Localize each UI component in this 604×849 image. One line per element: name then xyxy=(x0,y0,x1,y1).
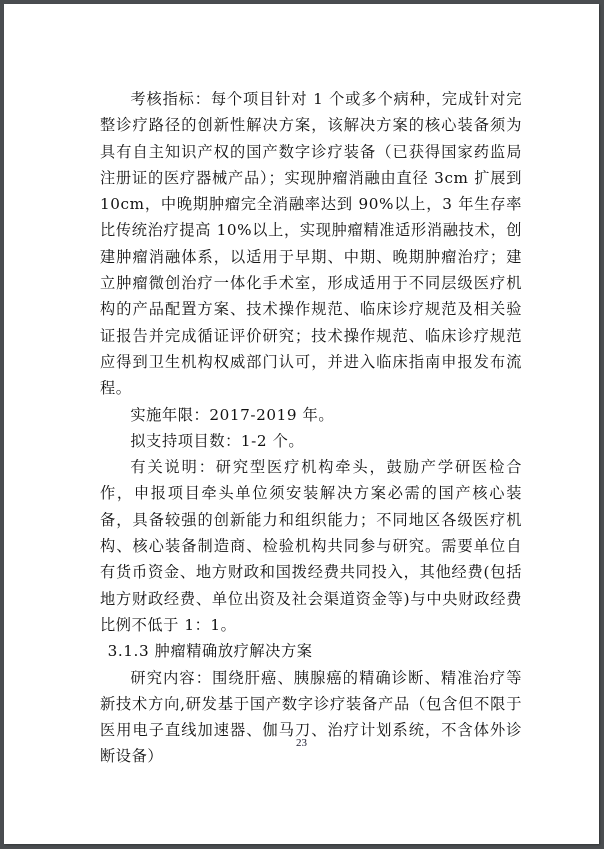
page-number: 23 xyxy=(4,737,599,749)
document-page: 考核指标：每个项目针对 1 个或多个病种，完成针对完整诊疗路径的创新性解决方案，… xyxy=(4,4,599,844)
paragraph-project-count: 拟支持项目数：1-2 个。 xyxy=(100,428,522,454)
paragraph-notes: 有关说明：研究型医疗机构牵头，鼓励产学研医检合作，申报项目牵头单位须安装解决方案… xyxy=(100,454,522,638)
paragraph-assessment-indicators: 考核指标：每个项目针对 1 个或多个病种，完成针对完整诊疗路径的创新性解决方案，… xyxy=(100,86,522,402)
paragraph-implementation-period: 实施年限：2017-2019 年。 xyxy=(100,402,522,428)
section-heading: 3.1.3 肿瘤精确放疗解决方案 xyxy=(100,638,522,664)
paragraph-research-content: 研究内容：围绕肝癌、胰腺癌的精确诊断、精准治疗等新技术方向,研发基于国产数字诊疗… xyxy=(100,665,522,770)
document-body: 考核指标：每个项目针对 1 个或多个病种，完成针对完整诊疗路径的创新性解决方案，… xyxy=(100,86,522,770)
